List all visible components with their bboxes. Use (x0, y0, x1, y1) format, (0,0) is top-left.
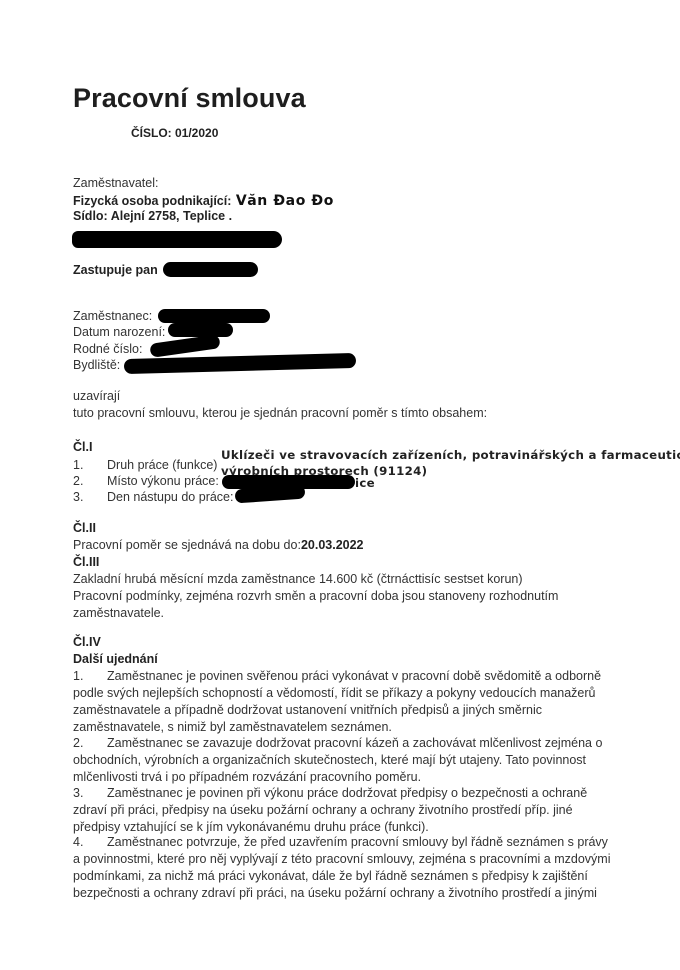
article-1-item-2: 2.Místo výkonu práce: (73, 474, 219, 488)
item-text: Zaměstnanec je povinen při výkonu práce … (107, 786, 587, 800)
redaction-mark (158, 309, 270, 323)
article-4-item-1-line-3: zaměstnavatele a případně dodržovat usta… (73, 703, 542, 717)
item-number: 3. (73, 490, 107, 504)
workplace-tail: ice (355, 475, 375, 491)
intro-line-2: tuto pracovní smlouvu, kterou je sjednán… (73, 406, 487, 420)
employee-id-label: Rodné číslo: (73, 342, 142, 356)
employee-birth-label: Datum narození: (73, 325, 165, 339)
article-3-line-1: Zakladní hrubá měsícní mzda zaměstnance … (73, 572, 523, 586)
redaction-mark (163, 262, 258, 277)
employer-label: Zaměstnavatel: (73, 176, 158, 190)
article-3-line-3: zaměstnavatele. (73, 606, 164, 620)
article-4-item-3-line-2: zdraví při práci, předpisy na úseku požá… (73, 803, 573, 817)
article-1-item-3: 3.Den nástupu do práce: (73, 490, 233, 504)
item-number: 3. (73, 786, 107, 800)
item-text: Zaměstnanec je povinen svěřenou práci vy… (107, 669, 601, 683)
article-1-item-1: 1.Druh práce (funkce) (73, 458, 217, 472)
item-number: 1. (73, 669, 107, 683)
redaction-mark (72, 231, 282, 248)
article-4-item-3-line-3: předpisy vztahující se k jím vykonávaném… (73, 820, 429, 834)
article-4-item-2-line-1: 2.Zaměstnanec se zavazuje dodržovat prac… (73, 736, 602, 750)
item-label: Místo výkonu práce: (107, 474, 219, 488)
employer-person-row: Fizycká osoba podnikající: Văn Đao Đo (73, 192, 334, 210)
article-4-item-1-line-2: podle svých nejlepších schopností a vědo… (73, 686, 596, 700)
employer-seat: Sídlo: Alejní 2758, Teplice . (73, 209, 232, 223)
article-2-heading: Čl.II (73, 521, 96, 535)
article-4-item-4-line-1: 4.Zaměstnanec potvrzuje, že před uzavřen… (73, 835, 608, 849)
employer-represented-label: Zastupuje pan (73, 263, 158, 277)
employer-person-name: Văn Đao Đo (236, 193, 334, 209)
employer-person-label: Fizycká osoba podnikající: (73, 194, 231, 208)
item-label: Den nástupu do práce: (107, 490, 233, 504)
article-4-item-4-line-2: a povinnostmi, které pro něj vyplývají z… (73, 852, 610, 866)
article-2-text: Pracovní poměr se sjednává na dobu do:20… (73, 538, 364, 552)
contract-number: ČÍSLO: 01/2020 (131, 126, 218, 140)
item-number: 2. (73, 736, 107, 750)
item-label: Druh práce (funkce) (107, 458, 217, 472)
item-number: 2. (73, 474, 107, 488)
article-4-item-4-line-3: podmínkami, za nichž má práci vykonávat,… (73, 869, 588, 883)
contract-end-date: 20.03.2022 (301, 538, 364, 552)
item-text: Zaměstnanec potvrzuje, že před uzavřením… (107, 835, 608, 849)
article-1-heading: Čl.I (73, 440, 92, 454)
intro-line-1: uzavírají (73, 389, 120, 403)
article-4-item-3-line-1: 3.Zaměstnanec je povinen při výkonu prác… (73, 786, 587, 800)
article-4-heading: Čl.IV (73, 635, 101, 649)
article-4-item-1-line-4: zaměstnavatele, s nimiž byl zaměstnavate… (73, 720, 392, 734)
article-4-item-2-line-2: obchodních, výrobních a organizačních sk… (73, 753, 586, 767)
item-number: 4. (73, 835, 107, 849)
article-4-item-4-line-4: bezpečnosti a ochrany zdraví při práci, … (73, 886, 597, 900)
item-text: Zaměstnanec se zavazuje dodržovat pracov… (107, 736, 602, 750)
redaction-mark (168, 323, 233, 337)
document-title: Pracovní smlouva (73, 83, 306, 114)
article-2-label: Pracovní poměr se sjednává na dobu do: (73, 538, 301, 552)
article-3-line-2: Pracovní podmínky, zejména rozvrh směn a… (73, 589, 558, 603)
item-number: 1. (73, 458, 107, 472)
article-3-heading: Čl.III (73, 555, 99, 569)
article-4-item-2-line-3: mlčenlivosti trvá i po případném rozvázá… (73, 770, 421, 784)
article-4-subheading: Další ujednání (73, 652, 158, 666)
article-4-item-1-line-1: 1.Zaměstnanec je povinen svěřenou práci … (73, 669, 601, 683)
employee-address-label: Bydliště: (73, 358, 120, 372)
job-type-line-1: Uklízeči ve stravovacích zařízeních, pot… (221, 447, 680, 463)
employee-name-label: Zaměstnanec: (73, 309, 152, 323)
